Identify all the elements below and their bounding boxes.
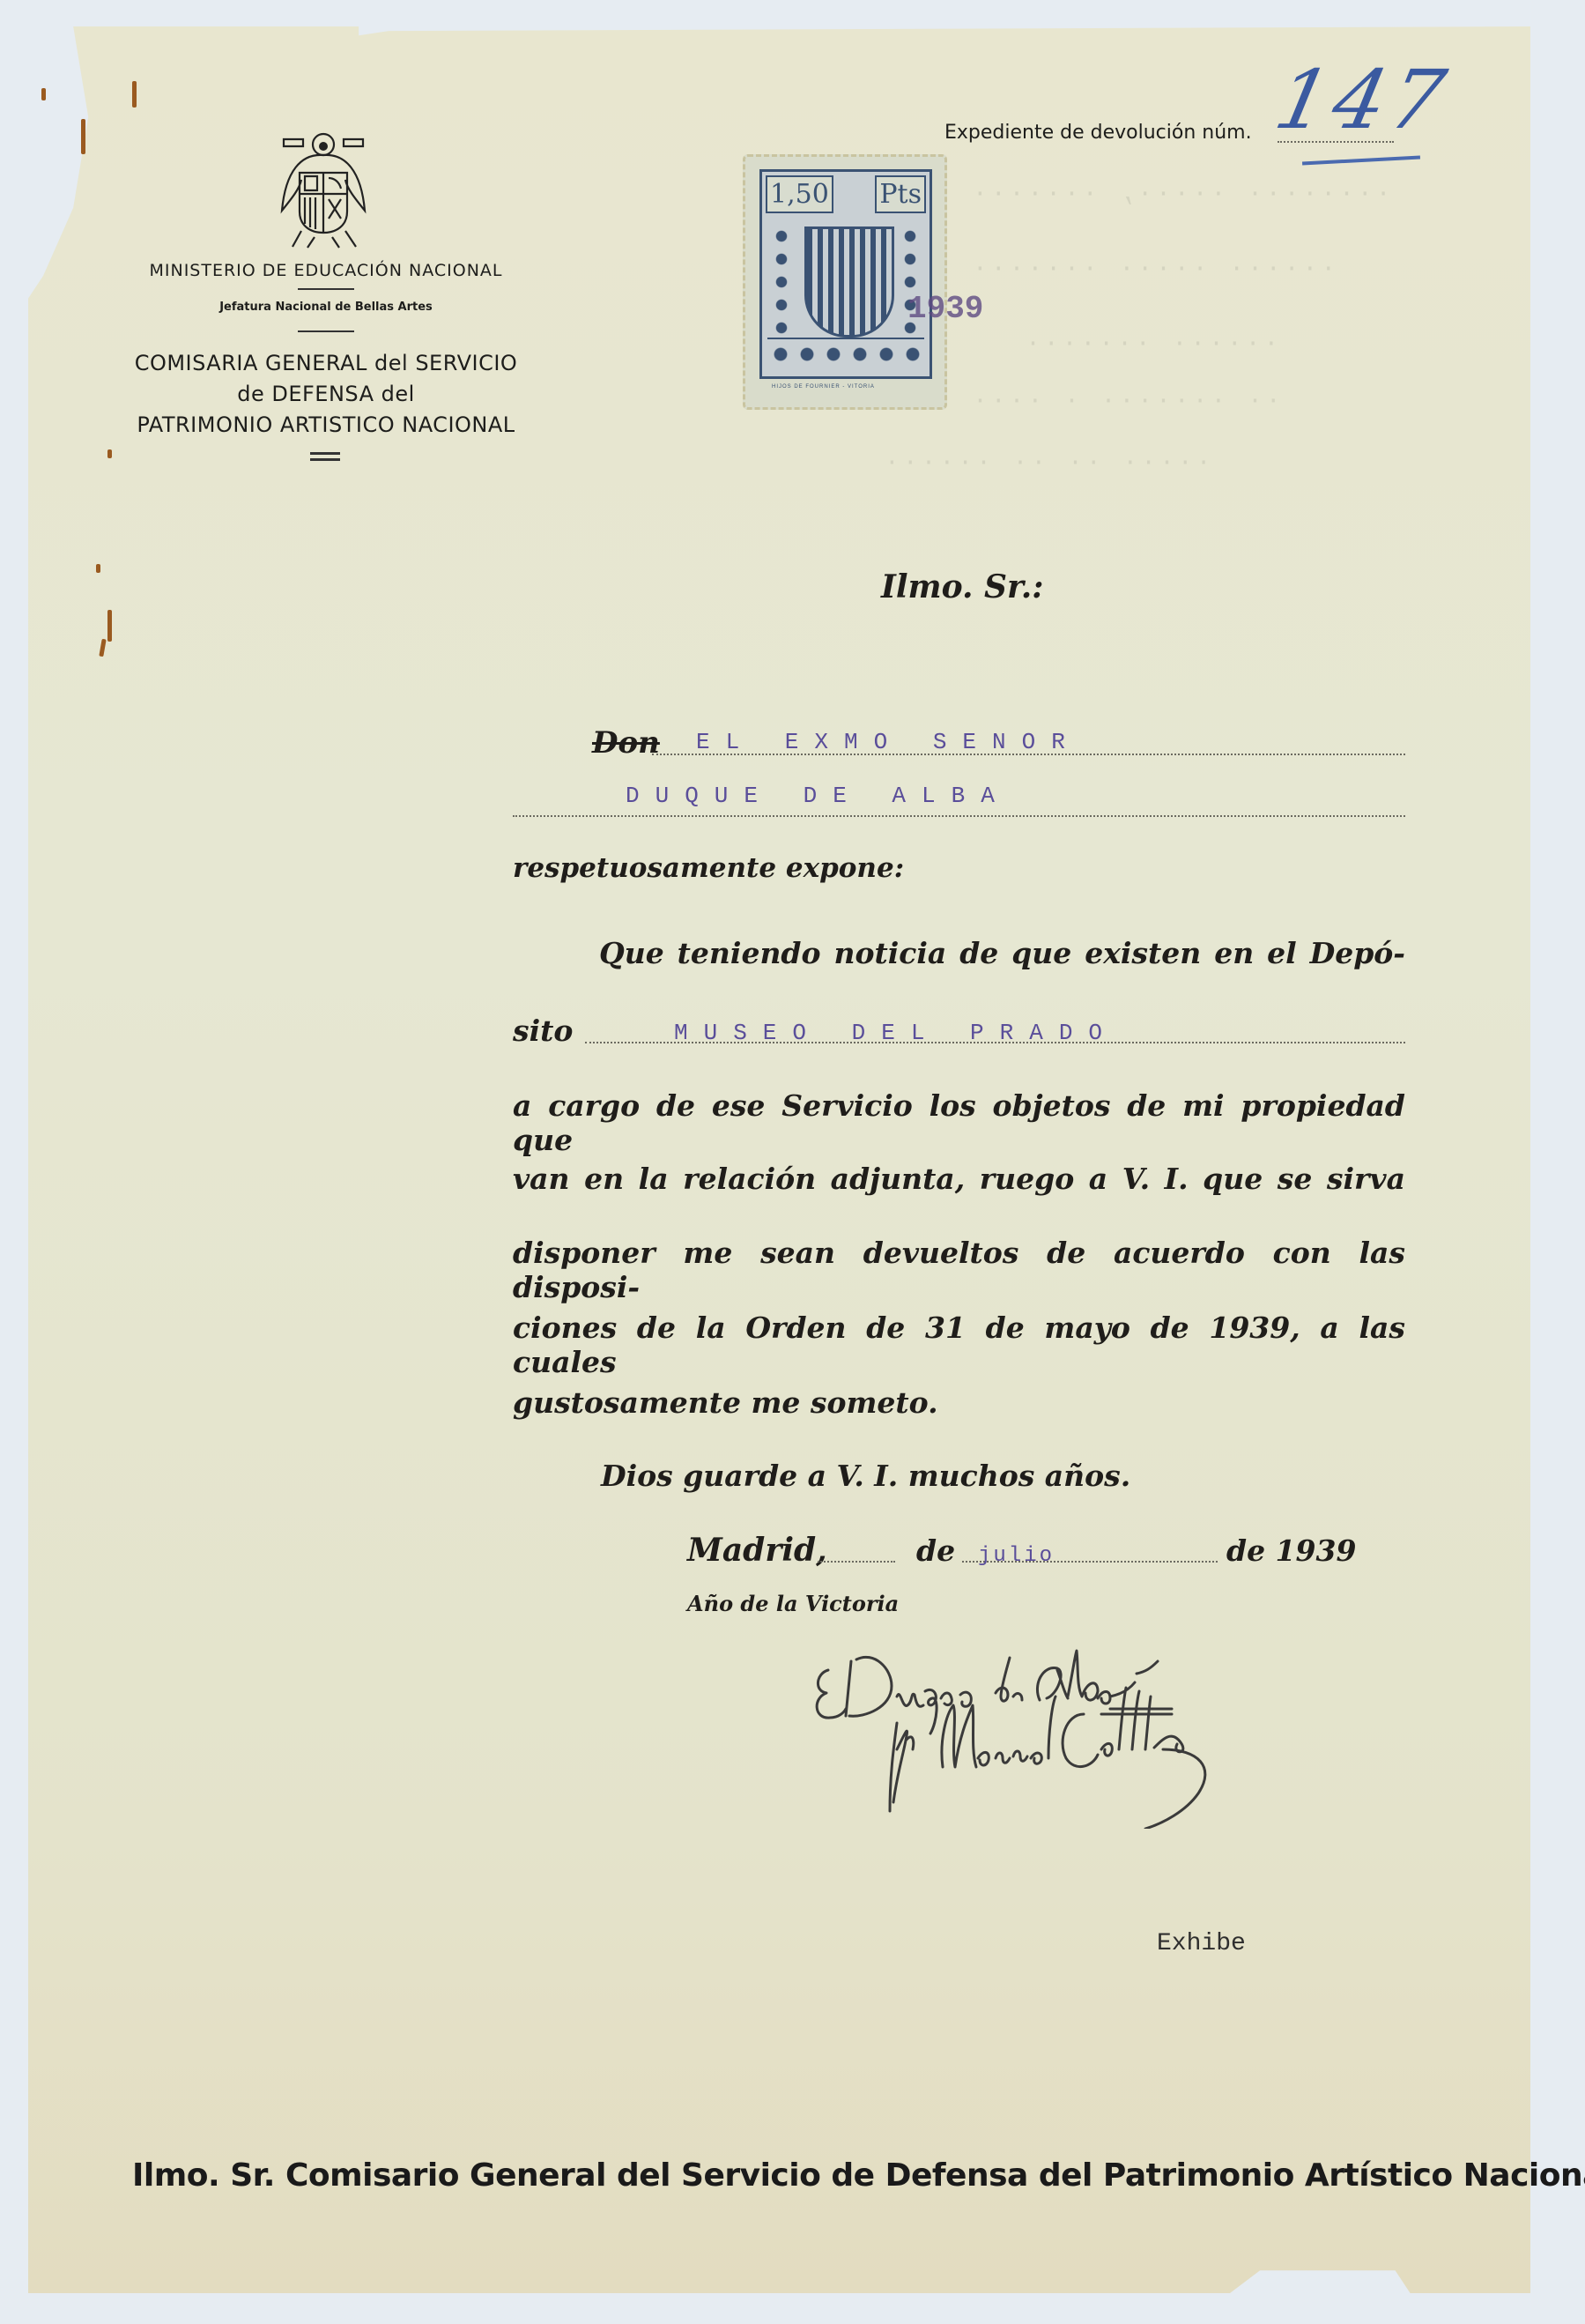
stamp-currency: Pts [875, 175, 926, 213]
bleed-through-text: ······ ······· [1022, 330, 1278, 358]
month-typed: julio [978, 1544, 1055, 1568]
body-line-7: gustosamente me someto. [513, 1385, 1405, 1420]
closing-blessing: Dios guarde a V. I. muchos años. [601, 1459, 1130, 1493]
commission-line-2: de DEFENSA del [123, 379, 529, 410]
place: Madrid, [687, 1532, 827, 1569]
rust-stain [132, 81, 137, 108]
bleed-through-text: ·· ······· · ···· [969, 388, 1281, 415]
file-number-label: Expediente de devolución núm. [944, 122, 1252, 144]
revenue-stamp: 1,50 Pts [759, 169, 932, 379]
rust-stain [96, 564, 100, 573]
stamp-value: 1,50 [766, 175, 833, 213]
rust-stain [107, 449, 112, 458]
double-rule [310, 458, 340, 461]
salutation: Ilmo. Sr.: [881, 568, 1044, 605]
bleed-through-text: ········ ·····, ······· [969, 181, 1390, 208]
addressee-footer: Ilmo. Sr. Comisario General del Servicio… [132, 2157, 1410, 2194]
day-leader [818, 1561, 895, 1563]
deposit-typed: MUSEO DEL PRADO [674, 1020, 1118, 1046]
ministry-title: MINISTERIO DE EDUCACIÓN NACIONAL [123, 261, 529, 280]
date-de: de [916, 1533, 955, 1568]
intro-text: respetuosamente expone: [513, 852, 904, 884]
body-line-4: van en la relación adjunta, ruego a V. I… [513, 1162, 1405, 1196]
rust-stain [41, 88, 46, 100]
coat-of-arms-icon [275, 127, 372, 250]
divider [298, 288, 354, 290]
applicant-typed-line-2: DUQUE DE ALBA [626, 783, 1011, 809]
stamp-shield-icon [804, 226, 894, 338]
commission-title: COMISARIA GENERAL del SERVICIO de DEFENS… [123, 348, 529, 441]
handwritten-signature: El Duque de Alba [793, 1635, 1286, 1829]
stamp-cancellation: 1939 [907, 291, 983, 327]
signature-text-1: El Duque de Alba [793, 1635, 902, 1638]
stamp-ornament [767, 338, 924, 369]
era: Año de la Victoria [687, 1591, 899, 1616]
rust-stain [107, 610, 112, 642]
stamp-printer: HIJOS DE FOURNIER - VITORIA [772, 384, 875, 390]
commission-line-1: COMISARIA GENERAL del SERVICIO [123, 348, 529, 379]
deposit-prefix: sito [513, 1014, 573, 1048]
double-rule [310, 452, 340, 455]
don-prefix: Don [592, 725, 660, 761]
body-line-6: ciones de la Orden de 31 de mayo de 1939… [513, 1310, 1405, 1379]
bleed-through-text: ····· ·· ·· ······ [881, 449, 1211, 477]
applicant-leader [513, 815, 1405, 817]
applicant-typed-line-1: EL EXMO SENOR [696, 729, 1081, 755]
rust-stain [81, 119, 85, 154]
body-line-3: a cargo de ese Servicio los objetos de m… [513, 1088, 1405, 1157]
year: de 1939 [1226, 1533, 1356, 1568]
department-title: Jefatura Nacional de Bellas Artes [123, 301, 529, 314]
divider [298, 330, 354, 332]
commission-line-3: PATRIMONIO ARTISTICO NACIONAL [123, 410, 529, 441]
stamp-ornament [769, 225, 794, 339]
body-line-5: disponer me sean devueltos de acuerdo co… [513, 1236, 1405, 1304]
body-line-1: Que teniendo noticia de que existen en e… [599, 936, 1405, 970]
bleed-through-text: ······ ····· ······· [969, 256, 1336, 283]
typed-annotation: Exhibe [1157, 1930, 1246, 1957]
file-number-handwritten: 147 [1268, 53, 1458, 147]
